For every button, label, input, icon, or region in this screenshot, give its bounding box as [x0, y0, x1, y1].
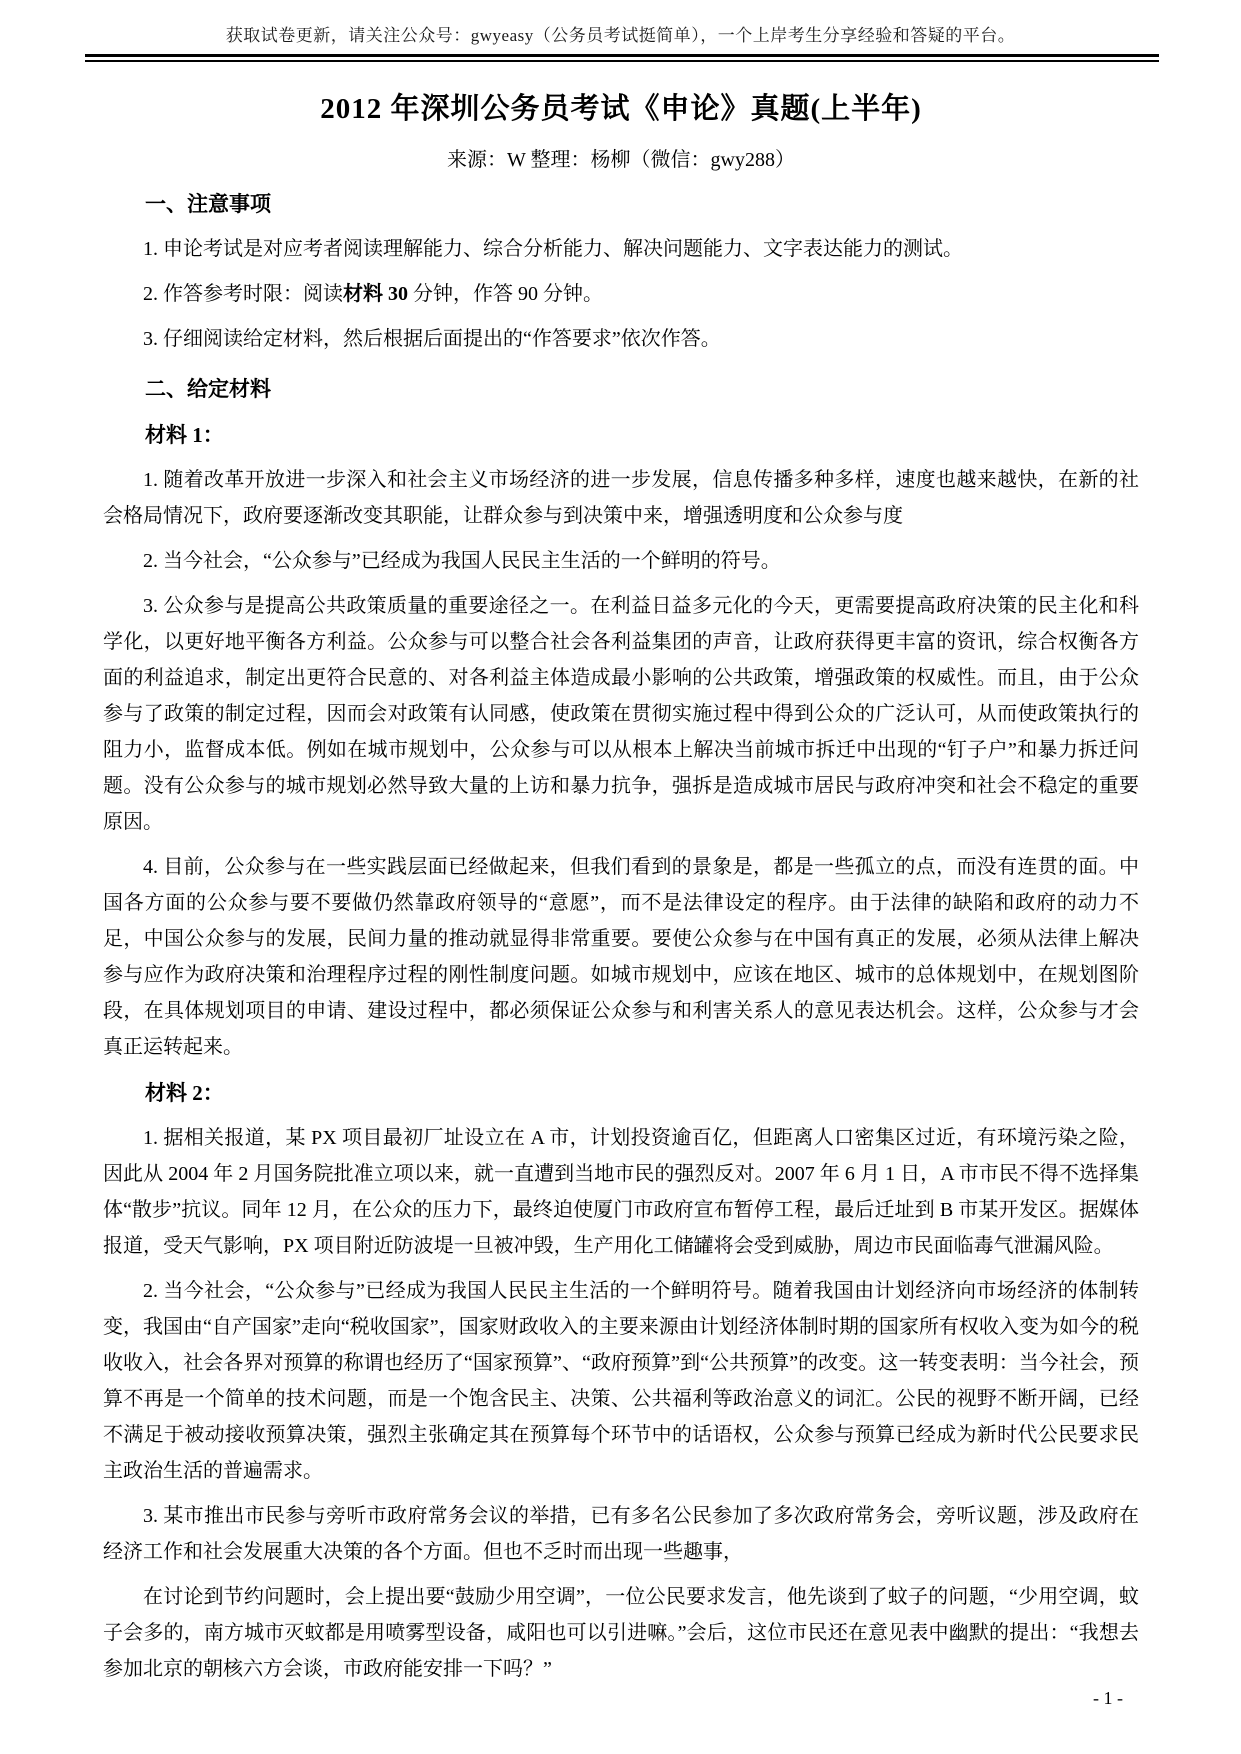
- material-2-paragraph-4: 在讨论到节约问题时，会上提出要“鼓励少用空调”，一位公民要求发言，他先谈到了蚊子…: [103, 1579, 1139, 1687]
- document-title: 2012 年深圳公务员考试《申论》真题(上半年): [103, 86, 1139, 127]
- note-item-2-text-pre: 2. 作答参考时限：阅读: [143, 283, 343, 305]
- section-heading-materials: 二、给定材料: [103, 371, 1139, 407]
- material-2-label: 材料 2：: [103, 1075, 1139, 1111]
- header-rule-thick-line: [85, 54, 1159, 57]
- material-2-paragraph-2: 2. 当今社会，“公众参与”已经成为我国人民民主生活的一个鲜明符号。随着我国由计…: [103, 1273, 1139, 1489]
- page-number: - 1 -: [1093, 1688, 1123, 1709]
- material-2-paragraph-3: 3. 某市推出市民参与旁听市政府常务会议的举措，已有多名公民参加了多次政府常务会…: [103, 1498, 1139, 1570]
- note-item-1: 1. 申论考试是对应考者阅读理解能力、综合分析能力、解决问题能力、文字表达能力的…: [103, 231, 1139, 267]
- header-notice: 获取试卷更新，请关注公众号：gwyeasy（公务员考试挺简单），一个上岸考生分享…: [0, 21, 1241, 46]
- note-item-3: 3. 仔细阅读给定材料，然后根据后面提出的“作答要求”依次作答。: [103, 321, 1139, 357]
- document-content: 2012 年深圳公务员考试《申论》真题(上半年) 来源：W 整理：杨柳（微信：g…: [103, 86, 1139, 1696]
- material-1-paragraph-1: 1. 随着改革开放进一步深入和社会主义市场经济的进一步发展，信息传播多种多样，速…: [103, 462, 1139, 534]
- document-page: 获取试卷更新，请关注公众号：gwyeasy（公务员考试挺简单），一个上岸考生分享…: [0, 0, 1241, 1754]
- header-rule: [85, 54, 1159, 62]
- material-1-paragraph-2: 2. 当今社会，“公众参与”已经成为我国人民民主生活的一个鲜明的符号。: [103, 543, 1139, 579]
- note-item-2: 2. 作答参考时限：阅读材料 30 分钟，作答 90 分钟。: [103, 276, 1139, 312]
- material-1-paragraph-4: 4. 目前，公众参与在一些实践层面已经做起来，但我们看到的景象是，都是一些孤立的…: [103, 849, 1139, 1065]
- material-2-paragraph-1: 1. 据相关报道，某 PX 项目最初厂址设立在 A 市，计划投资逾百亿，但距离人…: [103, 1120, 1139, 1264]
- source-line: 来源：W 整理：杨柳（微信：gwy288）: [103, 143, 1139, 172]
- material-1-label: 材料 1：: [103, 417, 1139, 453]
- note-item-2-text-post: 分钟，作答 90 分钟。: [408, 283, 603, 305]
- section-heading-notes: 一、注意事项: [103, 186, 1139, 222]
- material-1-paragraph-3: 3. 公众参与是提高公共政策质量的重要途径之一。在利益日益多元化的今天，更需要提…: [103, 588, 1139, 840]
- header-rule-thin-line: [85, 60, 1159, 62]
- note-item-2-bold-text: 材料 30: [343, 283, 408, 305]
